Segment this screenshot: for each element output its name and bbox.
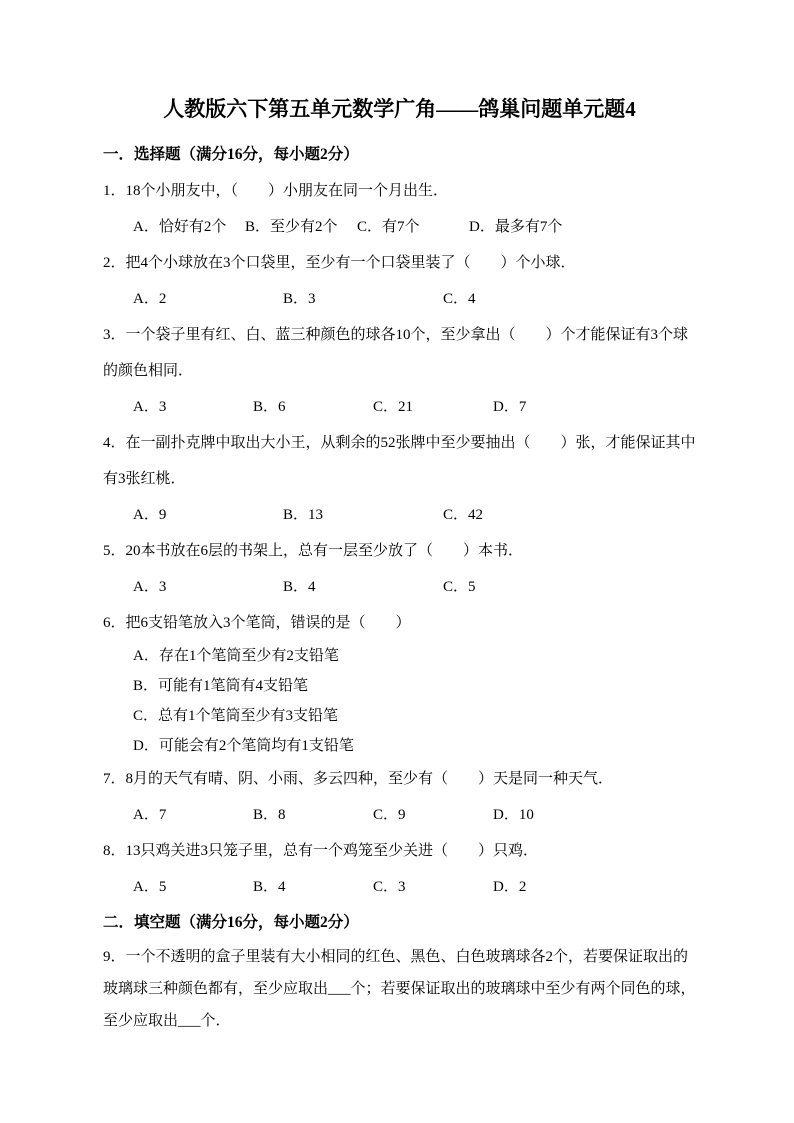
- question-2-stem: 2．把4个小球放在3个口袋里，至少有一个口袋里装了（ ）个小球．: [103, 245, 696, 281]
- question-5-stem: 5．20本书放在6层的书架上，总有一层至少放了（ ）本书．: [103, 533, 696, 569]
- question-9-stem-line-1: 9．一个不透明的盒子里装有大小相同的红色、黑色、白色玻璃球各2个，若要保证取出的: [103, 941, 696, 973]
- question-3-option-b: B．6: [253, 389, 373, 425]
- question-4: 4．在一副扑克牌中取出大小王，从剩余的52张牌中至少要抽出（ ）张，才能保证其中…: [103, 425, 696, 533]
- question-5-option-b: B．4: [283, 569, 443, 605]
- question-2-option-c: C．4: [443, 281, 476, 317]
- question-6-option-c: C．总有1个笔筒至少有3支铅笔: [103, 701, 696, 731]
- question-4-option-c: C．42: [443, 497, 483, 533]
- question-1-option-d: D．最多有7个: [469, 209, 562, 245]
- question-3-options: A．3B．6C．21D．7: [103, 389, 696, 425]
- question-1-option-a: A．恰好有2个: [133, 209, 245, 245]
- question-1-stem: 1．18个小朋友中，（ ）小朋友在同一个月出生．: [103, 173, 696, 209]
- question-6-stem: 6．把6支铅笔放入3个笔筒，错误的是（ ）: [103, 605, 696, 641]
- worksheet-page: 人教版六下第五单元数学广角——鸽巢问题单元题4 一．选择题（满分16分，每小题2…: [0, 0, 794, 1123]
- question-6-option-b: B．可能有1笔筒有4支铅笔: [103, 671, 696, 701]
- question-7-option-b: B．8: [253, 797, 373, 833]
- question-3-option-c: C．21: [373, 389, 493, 425]
- question-5-option-a: A．3: [133, 569, 283, 605]
- question-9-stem-line-3: 至少应取出___个．: [103, 1005, 696, 1037]
- question-5-options: A．3B．4C．5: [103, 569, 696, 605]
- question-6-option-a: A．存在1个笔筒至少有2支铅笔: [103, 641, 696, 671]
- question-3-stem-line-1: 3．一个袋子里有红、白、蓝三种颜色的球各10个，至少拿出（ ）个才能保证有3个球: [103, 317, 696, 353]
- question-9: 9．一个不透明的盒子里装有大小相同的红色、黑色、白色玻璃球各2个，若要保证取出的…: [103, 941, 696, 1037]
- question-5-option-c: C．5: [443, 569, 476, 605]
- question-7-option-d: D．10: [493, 797, 534, 833]
- question-8-stem: 8．13只鸡关进3只笼子里，总有一个鸡笼至少关进（ ）只鸡．: [103, 833, 696, 869]
- question-8-option-d: D．2: [493, 869, 526, 905]
- question-4-option-b: B．13: [283, 497, 443, 533]
- question-7-options: A．7B．8C．9D．10: [103, 797, 696, 833]
- document-title: 人教版六下第五单元数学广角——鸽巢问题单元题4: [103, 94, 696, 124]
- question-4-options: A．9B．13C．42: [103, 497, 696, 533]
- question-1-option-b: B．至少有2个: [245, 209, 357, 245]
- question-3-option-d: D．7: [493, 389, 526, 425]
- question-3-option-a: A．3: [133, 389, 253, 425]
- question-8-option-c: C．3: [373, 869, 493, 905]
- question-1-options: A．恰好有2个B．至少有2个C．有7个D．最多有7个: [103, 209, 696, 245]
- question-3: 3．一个袋子里有红、白、蓝三种颜色的球各10个，至少拿出（ ）个才能保证有3个球…: [103, 317, 696, 425]
- question-6-option-d: D．可能会有2个笔筒均有1支铅笔: [103, 731, 696, 761]
- question-1: 1．18个小朋友中，（ ）小朋友在同一个月出生． A．恰好有2个B．至少有2个C…: [103, 173, 696, 245]
- question-5: 5．20本书放在6层的书架上，总有一层至少放了（ ）本书． A．3B．4C．5: [103, 533, 696, 605]
- question-4-stem-line-1: 4．在一副扑克牌中取出大小王，从剩余的52张牌中至少要抽出（ ）张，才能保证其中: [103, 425, 696, 461]
- question-4-stem-line-2: 有3张红桃．: [103, 461, 696, 497]
- question-2: 2．把4个小球放在3个口袋里，至少有一个口袋里装了（ ）个小球． A．2B．3C…: [103, 245, 696, 317]
- question-4-option-a: A．9: [133, 497, 283, 533]
- question-2-options: A．2B．3C．4: [103, 281, 696, 317]
- question-1-option-c: C．有7个: [357, 209, 469, 245]
- question-3-stem-line-2: 的颜色相同．: [103, 353, 696, 389]
- section-1-heading: 一．选择题（满分16分，每小题2分）: [103, 137, 696, 173]
- question-2-option-b: B．3: [283, 281, 443, 317]
- question-7-stem: 7．8月的天气有晴、阴、小雨、多云四种，至少有（ ）天是同一种天气．: [103, 761, 696, 797]
- question-8-option-a: A．5: [133, 869, 253, 905]
- question-6: 6．把6支铅笔放入3个笔筒，错误的是（ ） A．存在1个笔筒至少有2支铅笔 B．…: [103, 605, 696, 761]
- question-8-options: A．5B．4C．3D．2: [103, 869, 696, 905]
- question-7-option-a: A．7: [133, 797, 253, 833]
- question-2-option-a: A．2: [133, 281, 283, 317]
- question-9-stem-line-2: 玻璃球三种颜色都有，至少应取出___个；若要保证取出的玻璃球中至少有两个同色的球…: [103, 973, 696, 1005]
- question-7: 7．8月的天气有晴、阴、小雨、多云四种，至少有（ ）天是同一种天气． A．7B．…: [103, 761, 696, 833]
- section-2-heading: 二．填空题（满分16分，每小题2分）: [103, 905, 696, 941]
- question-7-option-c: C．9: [373, 797, 493, 833]
- question-8: 8．13只鸡关进3只笼子里，总有一个鸡笼至少关进（ ）只鸡． A．5B．4C．3…: [103, 833, 696, 905]
- question-8-option-b: B．4: [253, 869, 373, 905]
